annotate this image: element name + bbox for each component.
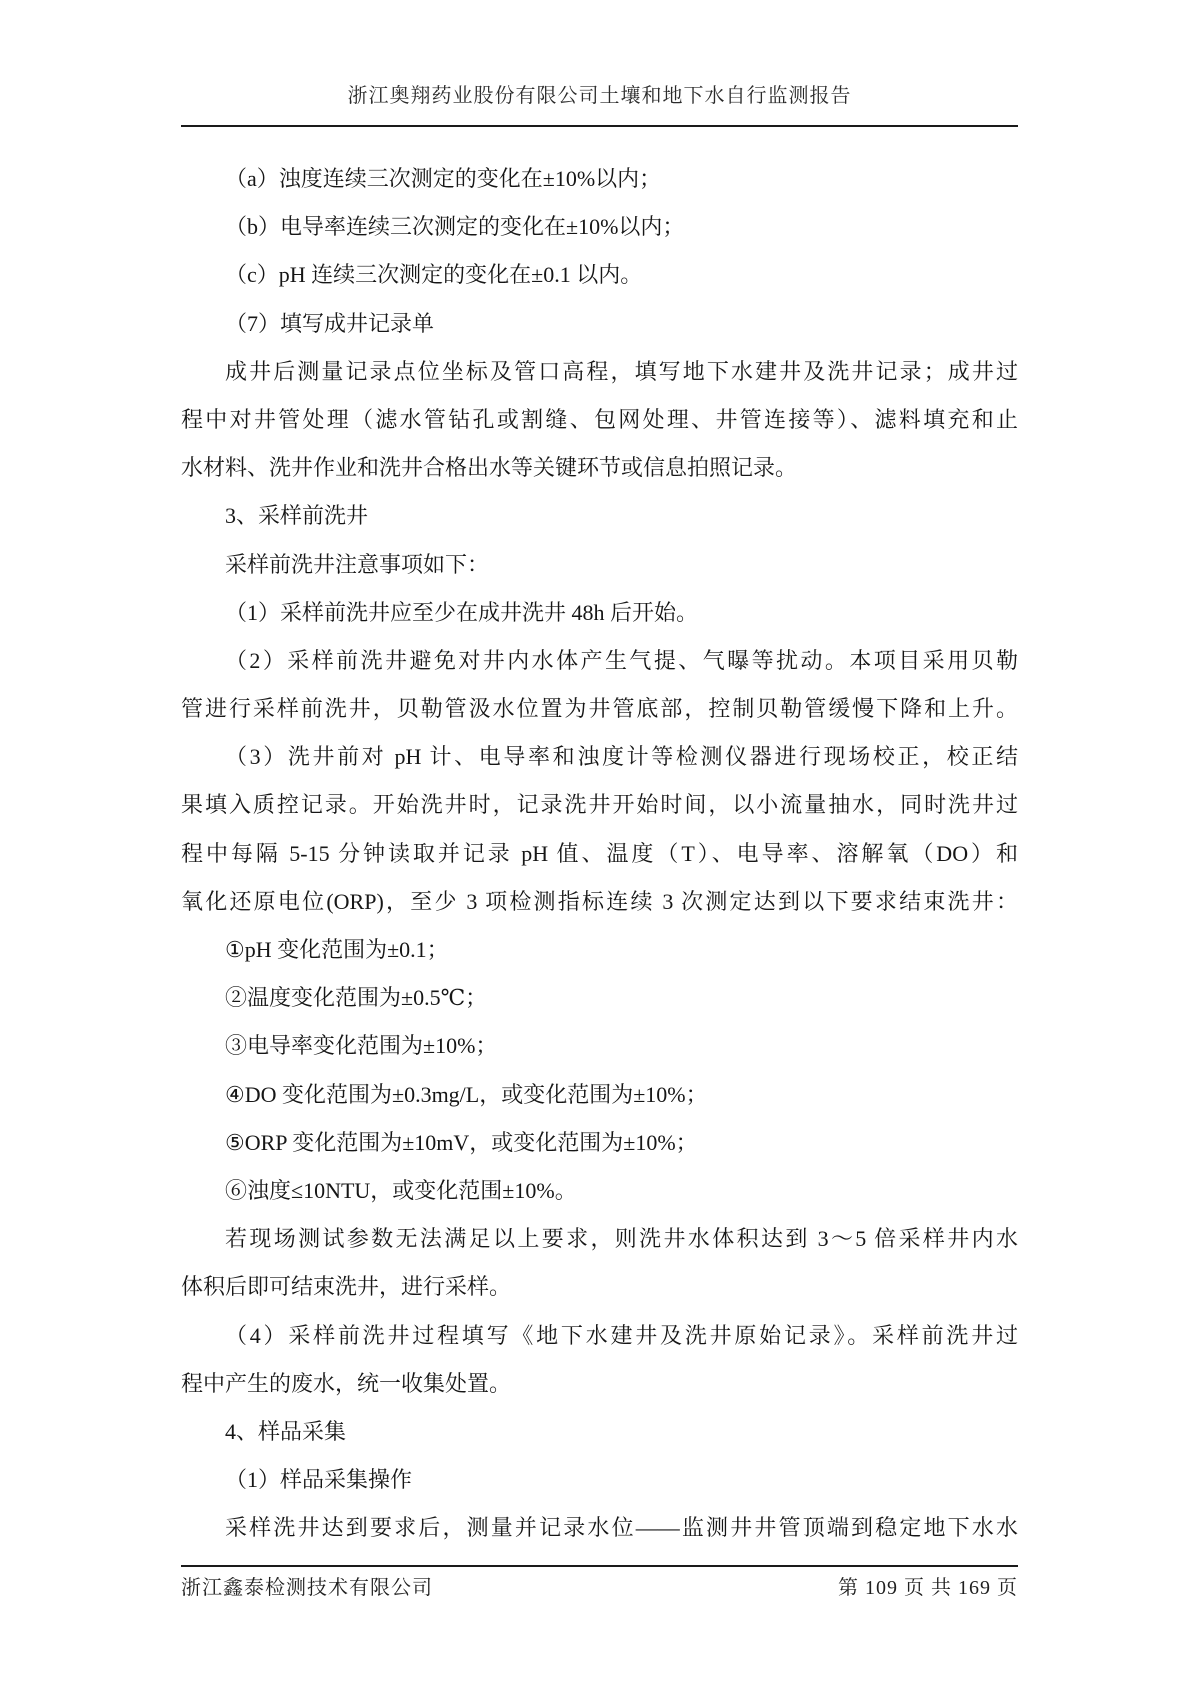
text-line: 体积后即可结束洗井，进行采样。 bbox=[181, 1263, 1018, 1311]
page: 浙江奥翔药业股份有限公司土壤和地下水自行监测报告 （a）浊度连续三次测定的变化在… bbox=[0, 0, 1199, 1696]
text-line: （b）电导率连续三次测定的变化在±10%以内； bbox=[181, 203, 1018, 251]
text-line: （a）浊度连续三次测定的变化在±10%以内； bbox=[181, 155, 1018, 203]
text-line: ③电导率变化范围为±10%； bbox=[181, 1022, 1018, 1070]
text-line: 管进行采样前洗井，贝勒管汲水位置为井管底部，控制贝勒管缓慢下降和上升。 bbox=[181, 685, 1018, 733]
text-line: 采样前洗井注意事项如下： bbox=[181, 541, 1018, 589]
text-line: ①pH 变化范围为±0.1； bbox=[181, 926, 1018, 974]
text-line: （7）填写成井记录单 bbox=[181, 300, 1018, 348]
page-header-title: 浙江奥翔药业股份有限公司土壤和地下水自行监测报告 bbox=[0, 79, 1199, 108]
text-line: 成井后测量记录点位坐标及管口高程，填写地下水建井及洗井记录；成井过 bbox=[181, 348, 1018, 396]
text-line: ⑥浊度≤10NTU，或变化范围±10%。 bbox=[181, 1167, 1018, 1215]
document-body: （a）浊度连续三次测定的变化在±10%以内；（b）电导率连续三次测定的变化在±1… bbox=[181, 155, 1018, 1552]
text-line: ④DO 变化范围为±0.3mg/L，或变化范围为±10%； bbox=[181, 1071, 1018, 1119]
text-line: ⑤ORP 变化范围为±10mV，或变化范围为±10%； bbox=[181, 1119, 1018, 1167]
text-line: （3）洗井前对 pH 计、电导率和浊度计等检测仪器进行现场校正，校正结 bbox=[181, 733, 1018, 781]
text-line: 3、采样前洗井 bbox=[181, 492, 1018, 540]
header-divider bbox=[181, 125, 1018, 127]
footer-divider bbox=[181, 1565, 1018, 1567]
text-line: ②温度变化范围为±0.5℃； bbox=[181, 974, 1018, 1022]
text-line: 果填入质控记录。开始洗井时，记录洗井开始时间，以小流量抽水，同时洗井过 bbox=[181, 781, 1018, 829]
text-line: 程中对井管处理（滤水管钻孔或割缝、包网处理、井管连接等）、滤料填充和止 bbox=[181, 396, 1018, 444]
text-line: 若现场测试参数无法满足以上要求，则洗井水体积达到 3～5 倍采样井内水 bbox=[181, 1215, 1018, 1263]
footer-page-number: 第 109 页 共 169 页 bbox=[838, 1571, 1018, 1600]
text-line: （2）采样前洗井避免对井内水体产生气提、气曝等扰动。本项目采用贝勒 bbox=[181, 637, 1018, 685]
text-line: 水材料、洗井作业和洗井合格出水等关键环节或信息拍照记录。 bbox=[181, 444, 1018, 492]
text-line: 氧化还原电位(ORP)，至少 3 项检测指标连续 3 次测定达到以下要求结束洗井… bbox=[181, 878, 1018, 926]
text-line: （c）pH 连续三次测定的变化在±0.1 以内。 bbox=[181, 251, 1018, 299]
footer-company: 浙江鑫泰检测技术有限公司 bbox=[181, 1571, 433, 1600]
text-line: 4、样品采集 bbox=[181, 1408, 1018, 1456]
text-line: （1）采样前洗井应至少在成井洗井 48h 后开始。 bbox=[181, 589, 1018, 637]
text-line: 程中产生的废水，统一收集处置。 bbox=[181, 1360, 1018, 1408]
text-line: （1）样品采集操作 bbox=[181, 1456, 1018, 1504]
text-line: 程中每隔 5-15 分钟读取并记录 pH 值、温度（T）、电导率、溶解氧（DO）… bbox=[181, 830, 1018, 878]
text-line: （4）采样前洗井过程填写《地下水建井及洗井原始记录》。采样前洗井过 bbox=[181, 1312, 1018, 1360]
text-line: 采样洗井达到要求后，测量并记录水位——监测井井管顶端到稳定地下水水 bbox=[181, 1504, 1018, 1552]
page-footer: 浙江鑫泰检测技术有限公司 第 109 页 共 169 页 bbox=[181, 1571, 1018, 1600]
